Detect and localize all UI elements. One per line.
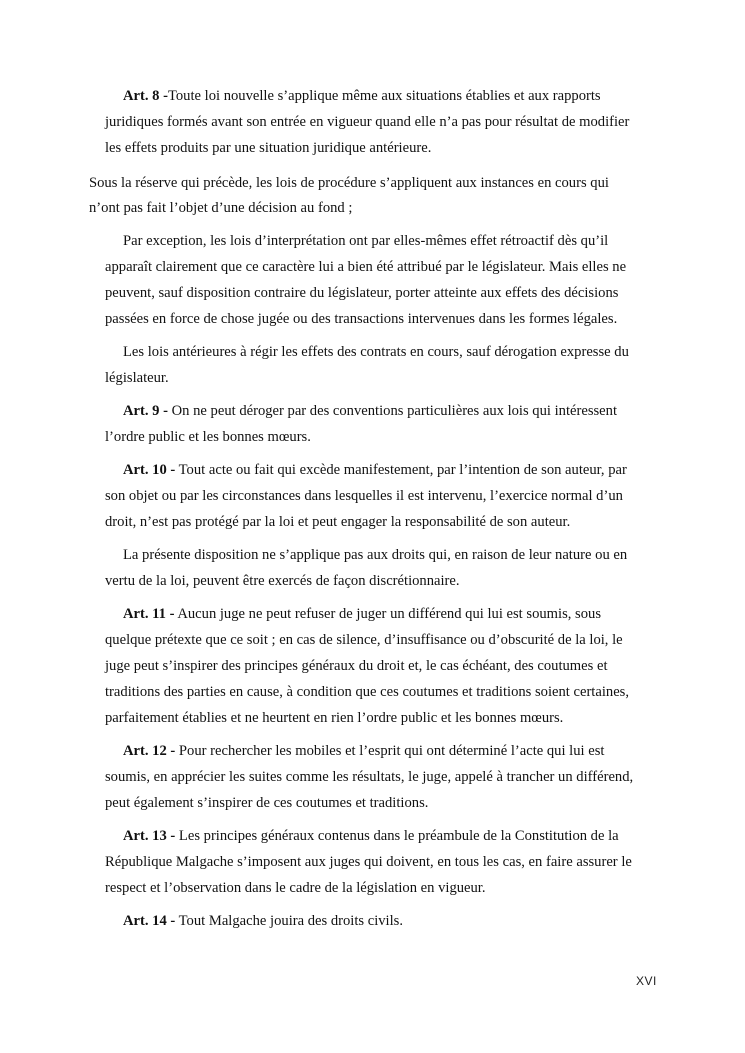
art-8-line-3: les effets produits par une situation ju… (105, 139, 431, 157)
article-label: Art. 9 - (123, 403, 168, 419)
art-11-line-3: juge peut s’inspirer des principes génér… (105, 657, 608, 675)
art-11-line-4: traditions des parties en cause, à condi… (105, 683, 629, 701)
art-9-line-1: Art. 9 - On ne peut déroger par des conv… (123, 402, 617, 420)
reserve-line-1: Sous la réserve qui précède, les lois de… (89, 174, 609, 192)
contrats-line-2: législateur. (105, 369, 169, 387)
art-12-line-2: soumis, en apprécier les suites comme le… (105, 768, 633, 786)
disposition-line-2: vertu de la loi, peuvent être exercés de… (105, 572, 460, 590)
art-14-line-1: Art. 14 - Tout Malgache jouira des droit… (123, 912, 403, 930)
art-12-line-3: peut également s’inspirer de ces coutume… (105, 794, 428, 812)
article-label: Art. 10 - (123, 462, 175, 478)
art-10-line-3: droit, n’est pas protégé par la loi et p… (105, 513, 570, 531)
contrats-line-1: Les lois antérieures à régir les effets … (123, 343, 629, 361)
exception-line-1: Par exception, les lois d’interprétation… (123, 232, 608, 250)
disposition-line-1: La présente disposition ne s’applique pa… (123, 546, 627, 564)
article-label: Art. 12 - (123, 743, 175, 759)
art-8-line-2: juridiques formés avant son entrée en vi… (105, 113, 629, 131)
art-10-line-2: son objet ou par les circonstances dans … (105, 487, 623, 505)
article-label: Art. 14 - (123, 913, 175, 929)
article-label: Art. 8 - (123, 88, 168, 104)
article-label: Art. 13 - (123, 828, 175, 844)
art-11-line-1: Art. 11 - Aucun juge ne peut refuser de … (123, 605, 601, 623)
art-10-line-1: Art. 10 - Tout acte ou fait qui excède m… (123, 461, 627, 479)
art-11-line-2: quelque prétexte que ce soit ; en cas de… (105, 631, 623, 649)
art-9-line-2: l’ordre public et les bonnes mœurs. (105, 428, 311, 446)
exception-line-4: passées en force de chose jugée ou des t… (105, 310, 617, 328)
reserve-line-2: n’ont pas fait l’objet d’une décision au… (89, 199, 352, 217)
art-8-line-1: Art. 8 -Toute loi nouvelle s’applique mê… (123, 87, 601, 105)
page-number: XVI (636, 974, 657, 988)
art-12-line-1: Art. 12 - Pour rechercher les mobiles et… (123, 742, 604, 760)
art-13-line-2: République Malgache s’imposent aux juges… (105, 853, 632, 871)
art-13-line-1: Art. 13 - Les principes généraux contenu… (123, 827, 619, 845)
exception-line-2: apparaît clairement que ce caractère lui… (105, 258, 626, 276)
exception-line-3: peuvent, sauf disposition contraire du l… (105, 284, 618, 302)
article-label: Art. 11 - (123, 606, 174, 622)
art-13-line-3: respect et l’observation dans le cadre d… (105, 879, 486, 897)
art-11-line-5: parfaitement établies et ne heurtent en … (105, 709, 563, 727)
document-page: Art. 8 -Toute loi nouvelle s’applique mê… (0, 0, 745, 1053)
